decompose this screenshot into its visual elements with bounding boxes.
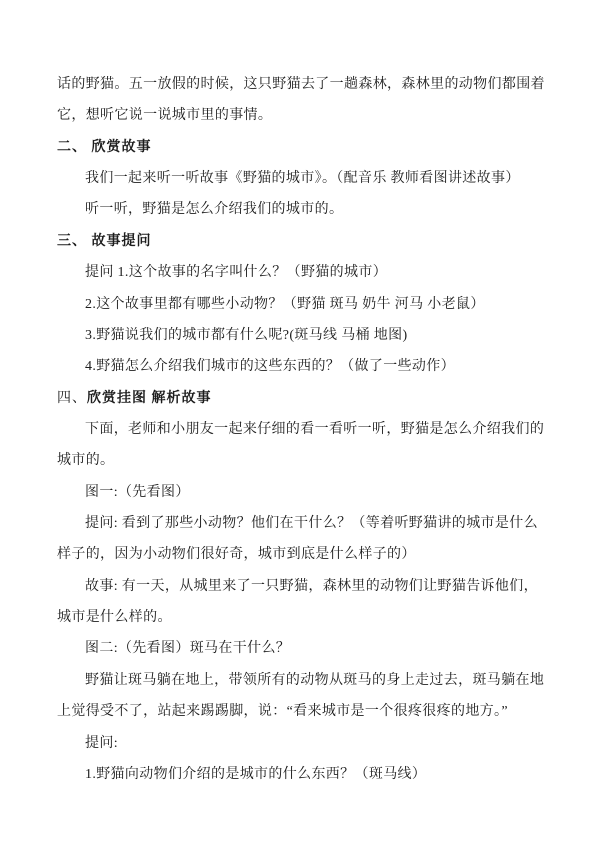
text-line: 它，想听它说一说城市里的事情。 xyxy=(57,100,540,131)
text-line: 上觉得受不了，站起来踢踢脚，说：“看来城市是一个很疼很疼的地方。” xyxy=(57,696,540,727)
text-line: 样子的，因为小动物们很好奇，城市到底是什么样子的） xyxy=(57,539,540,570)
text-line: 野猫让斑马躺在地上，带领所有的动物从斑马的身上走过去，斑马躺在地 xyxy=(57,665,540,696)
text-line: 提问: xyxy=(57,728,540,759)
text-line: 话的野猫。五一放假的时候，这只野猫去了一趟森林，森林里的动物们都围着 xyxy=(57,69,540,100)
text-line: 4.野猫怎么介绍我们城市的这些东西的？（做了一些动作） xyxy=(57,351,540,382)
text-line: 1.野猫向动物们介绍的是城市的什么东西？（斑马线） xyxy=(57,759,540,790)
document-page: 话的野猫。五一放假的时候，这只野猫去了一趟森林，森林里的动物们都围着它，想听它说… xyxy=(0,0,595,842)
section-heading: 三、 故事提问 xyxy=(57,226,540,257)
text-line: 听一听，野猫是怎么介绍我们的城市的。 xyxy=(57,194,540,225)
text-line: 2.这个故事里都有哪些小动物？（野猫 斑马 奶牛 河马 小老鼠） xyxy=(57,289,540,320)
text-line: 图二:（先看图）斑马在干什么？ xyxy=(57,633,540,664)
text-line: 故事: 有一天，从城里来了一只野猫，森林里的动物们让野猫告诉他们， xyxy=(57,571,540,602)
text-line: 提问: 看到了那些小动物？他们在干什么？（等着听野猫讲的城市是什么 xyxy=(57,508,540,539)
text-line: 我们一起来听一听故事《野猫的城市》。（配音乐 教师看图讲述故事） xyxy=(57,163,540,194)
text-flow: 话的野猫。五一放假的时候，这只野猫去了一趟森林，森林里的动物们都围着它，想听它说… xyxy=(57,69,540,790)
text-line: 图一:（先看图） xyxy=(57,477,540,508)
text-line: 城市是什么样的。 xyxy=(57,602,540,633)
text-line: 3.野猫说我们的城市都有什么呢?(斑马线 马桶 地图) xyxy=(57,320,540,351)
text-line: 下面，老师和小朋友一起来仔细的看一看听一听，野猫是怎么介绍我们的 xyxy=(57,414,540,445)
heading-number: 四、 xyxy=(57,391,87,406)
section-heading: 二、 欣赏故事 xyxy=(57,132,540,163)
text-line: 城市的。 xyxy=(57,445,540,476)
text-line: 提问 1.这个故事的名字叫什么？（野猫的城市） xyxy=(57,257,540,288)
section-heading: 四、欣赏挂图 解析故事 xyxy=(57,383,540,414)
heading-text: 欣赏挂图 解析故事 xyxy=(87,391,212,406)
